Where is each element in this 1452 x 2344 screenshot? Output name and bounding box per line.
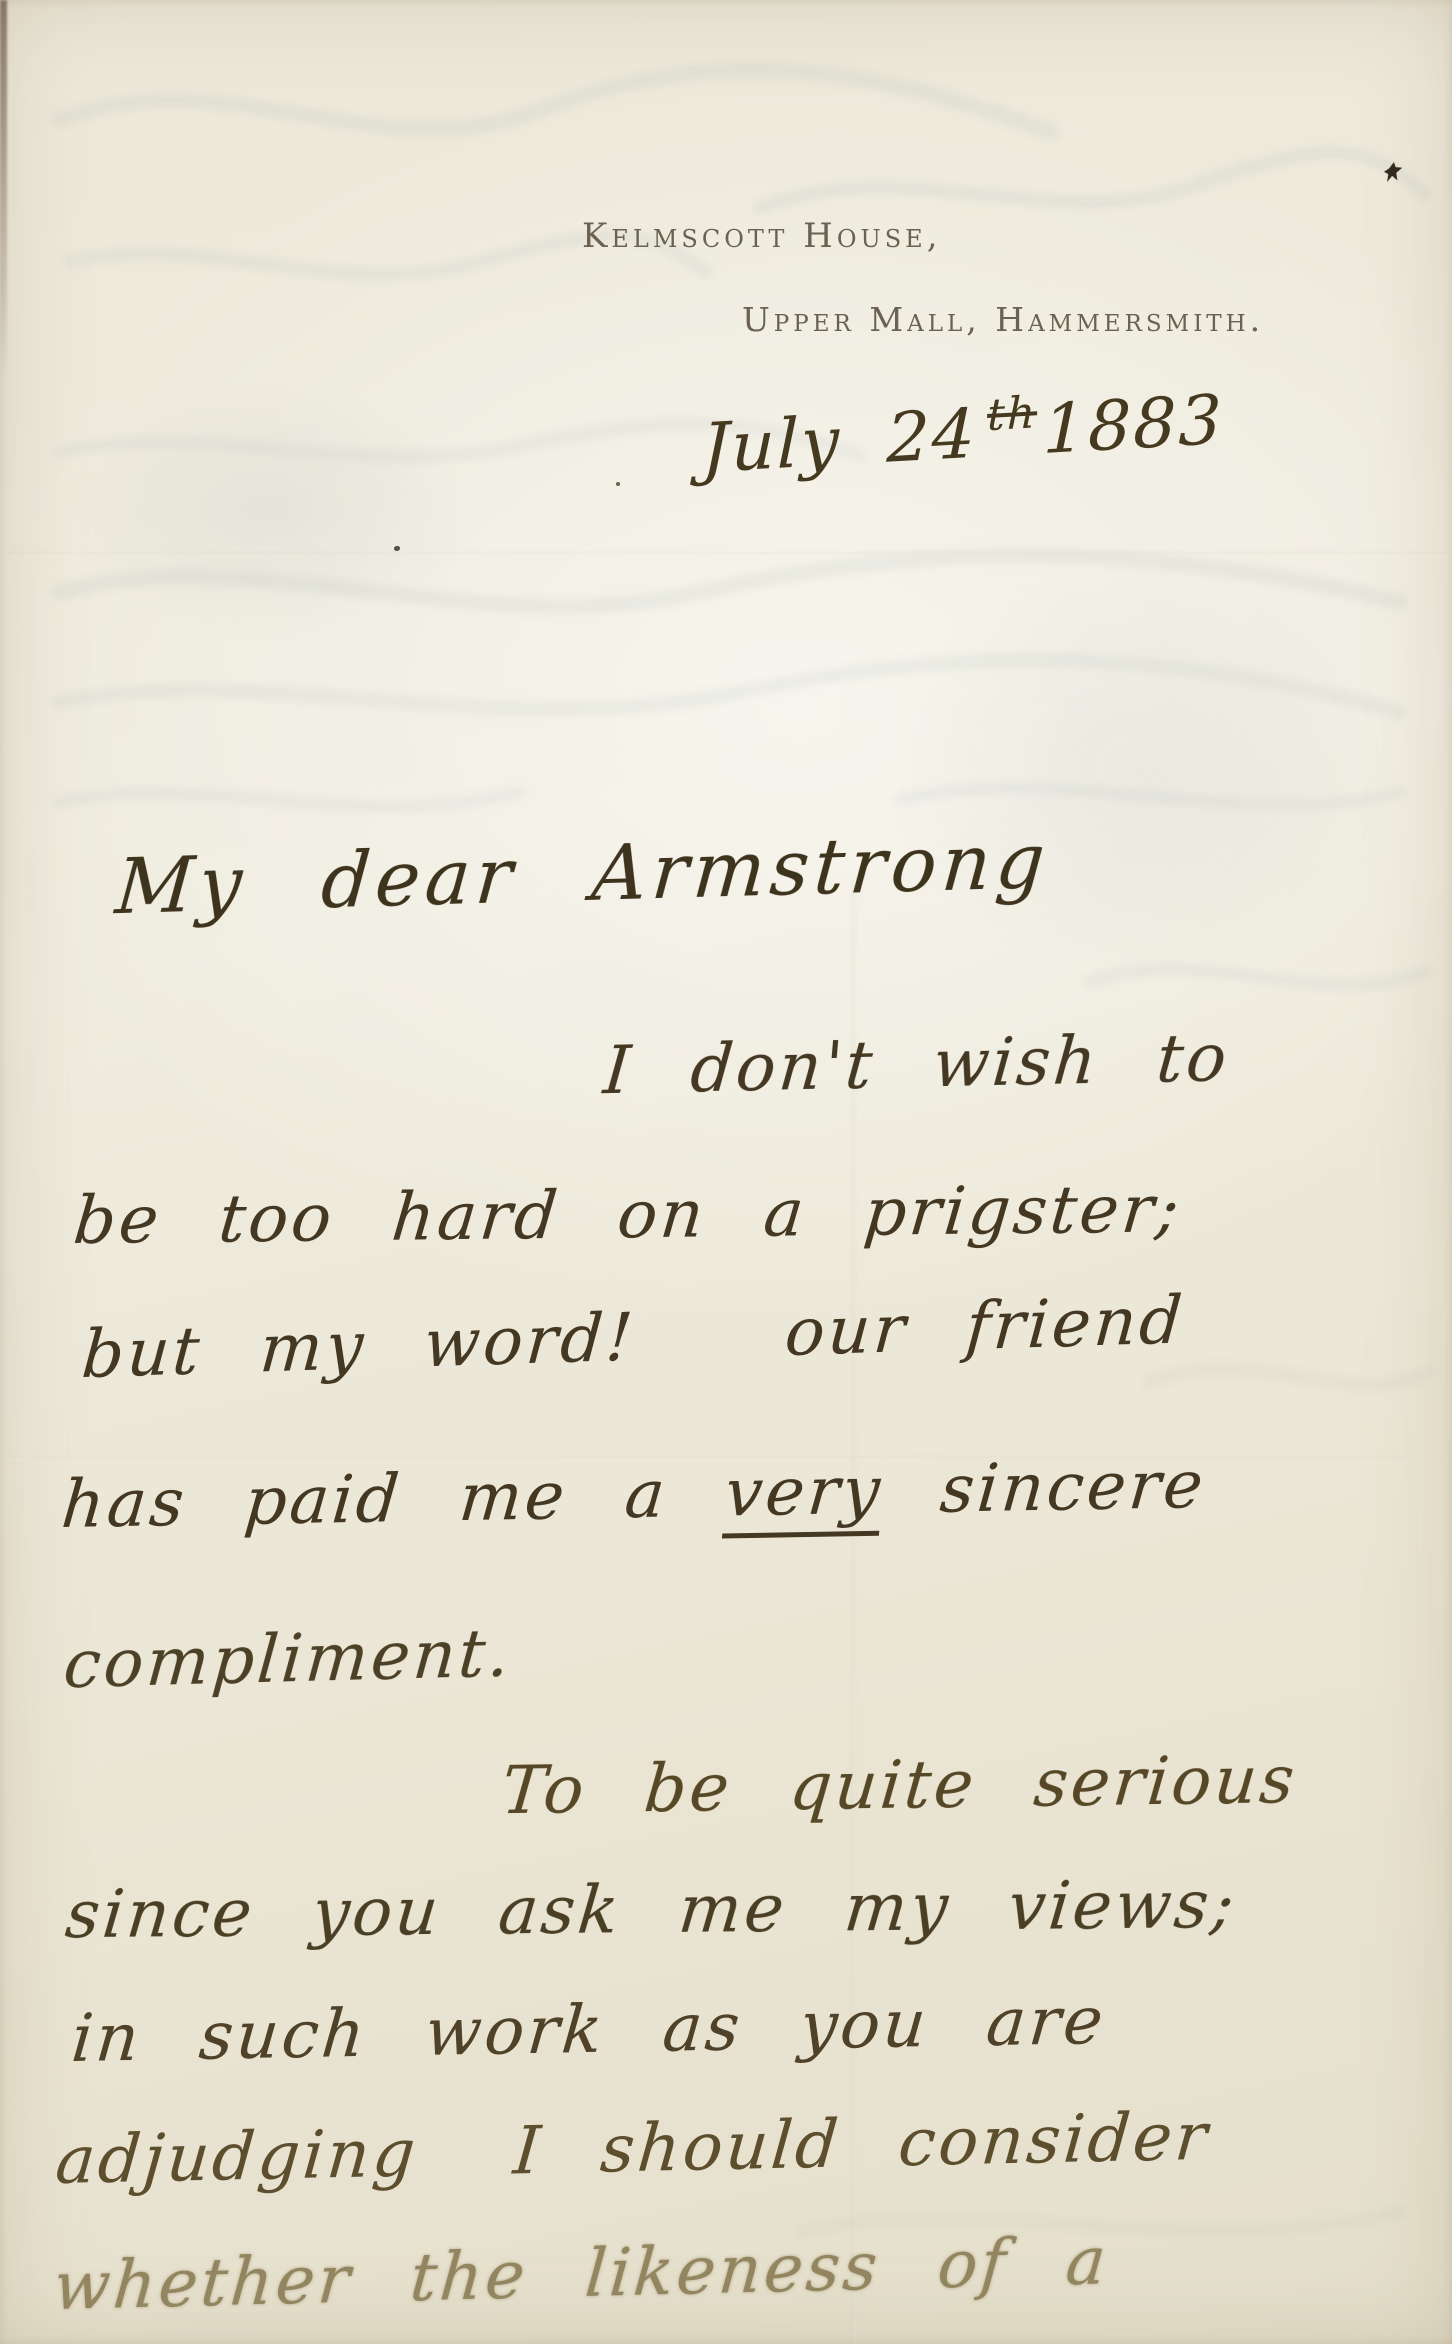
letter-line: be too hard on a prigster; [70, 1170, 1185, 1259]
date-ordinal-suffix: th [987, 387, 1038, 441]
letter-line: I don't wish to [601, 1019, 1233, 1109]
letter-page: Kelmscott House, Upper Mall, Hammersmith… [0, 0, 1452, 2344]
date-day: July 24 [701, 395, 977, 490]
letter-line-segment: but my word! [79, 1299, 638, 1394]
letter-line-segment: has paid me a [59, 1454, 729, 1543]
paper-stain [880, 560, 1400, 980]
letter-line-segment: adjudging [53, 2114, 421, 2199]
letter-line: but my word!our friend [79, 1281, 1187, 1393]
paper-stain [60, 380, 480, 640]
underlined-word: very [722, 1452, 887, 1539]
letter-line: whether the likeness of a [51, 2222, 1112, 2325]
handwritten-date: July 24th1883 [701, 377, 1224, 489]
letterhead-address-line-1: Kelmscott House, [582, 216, 942, 256]
letter-line: has paid me a very sincere [59, 1446, 1209, 1543]
letter-line: compliment. [61, 1614, 515, 1703]
letter-line-segment: sincere [879, 1446, 1209, 1529]
letter-line: adjudgingI should consider [53, 2098, 1213, 2199]
letter-line: To be quite serious [498, 1741, 1300, 1829]
letter-line: in such work as you are [69, 1982, 1109, 2077]
horizontal-fold-crease [0, 552, 1452, 555]
ink-speck [616, 482, 620, 486]
letter-line: since you ask me my views; [62, 1866, 1240, 1953]
page-edge-shadow [0, 0, 7, 380]
letterhead-address-line-2: Upper Mall, Hammersmith. [742, 300, 1264, 339]
date-year: 1883 [1042, 381, 1224, 470]
letter-line-segment: our friend [782, 1281, 1187, 1371]
ink-blot-mark [1382, 160, 1403, 184]
letter-line-segment: I should consider [511, 2098, 1213, 2190]
